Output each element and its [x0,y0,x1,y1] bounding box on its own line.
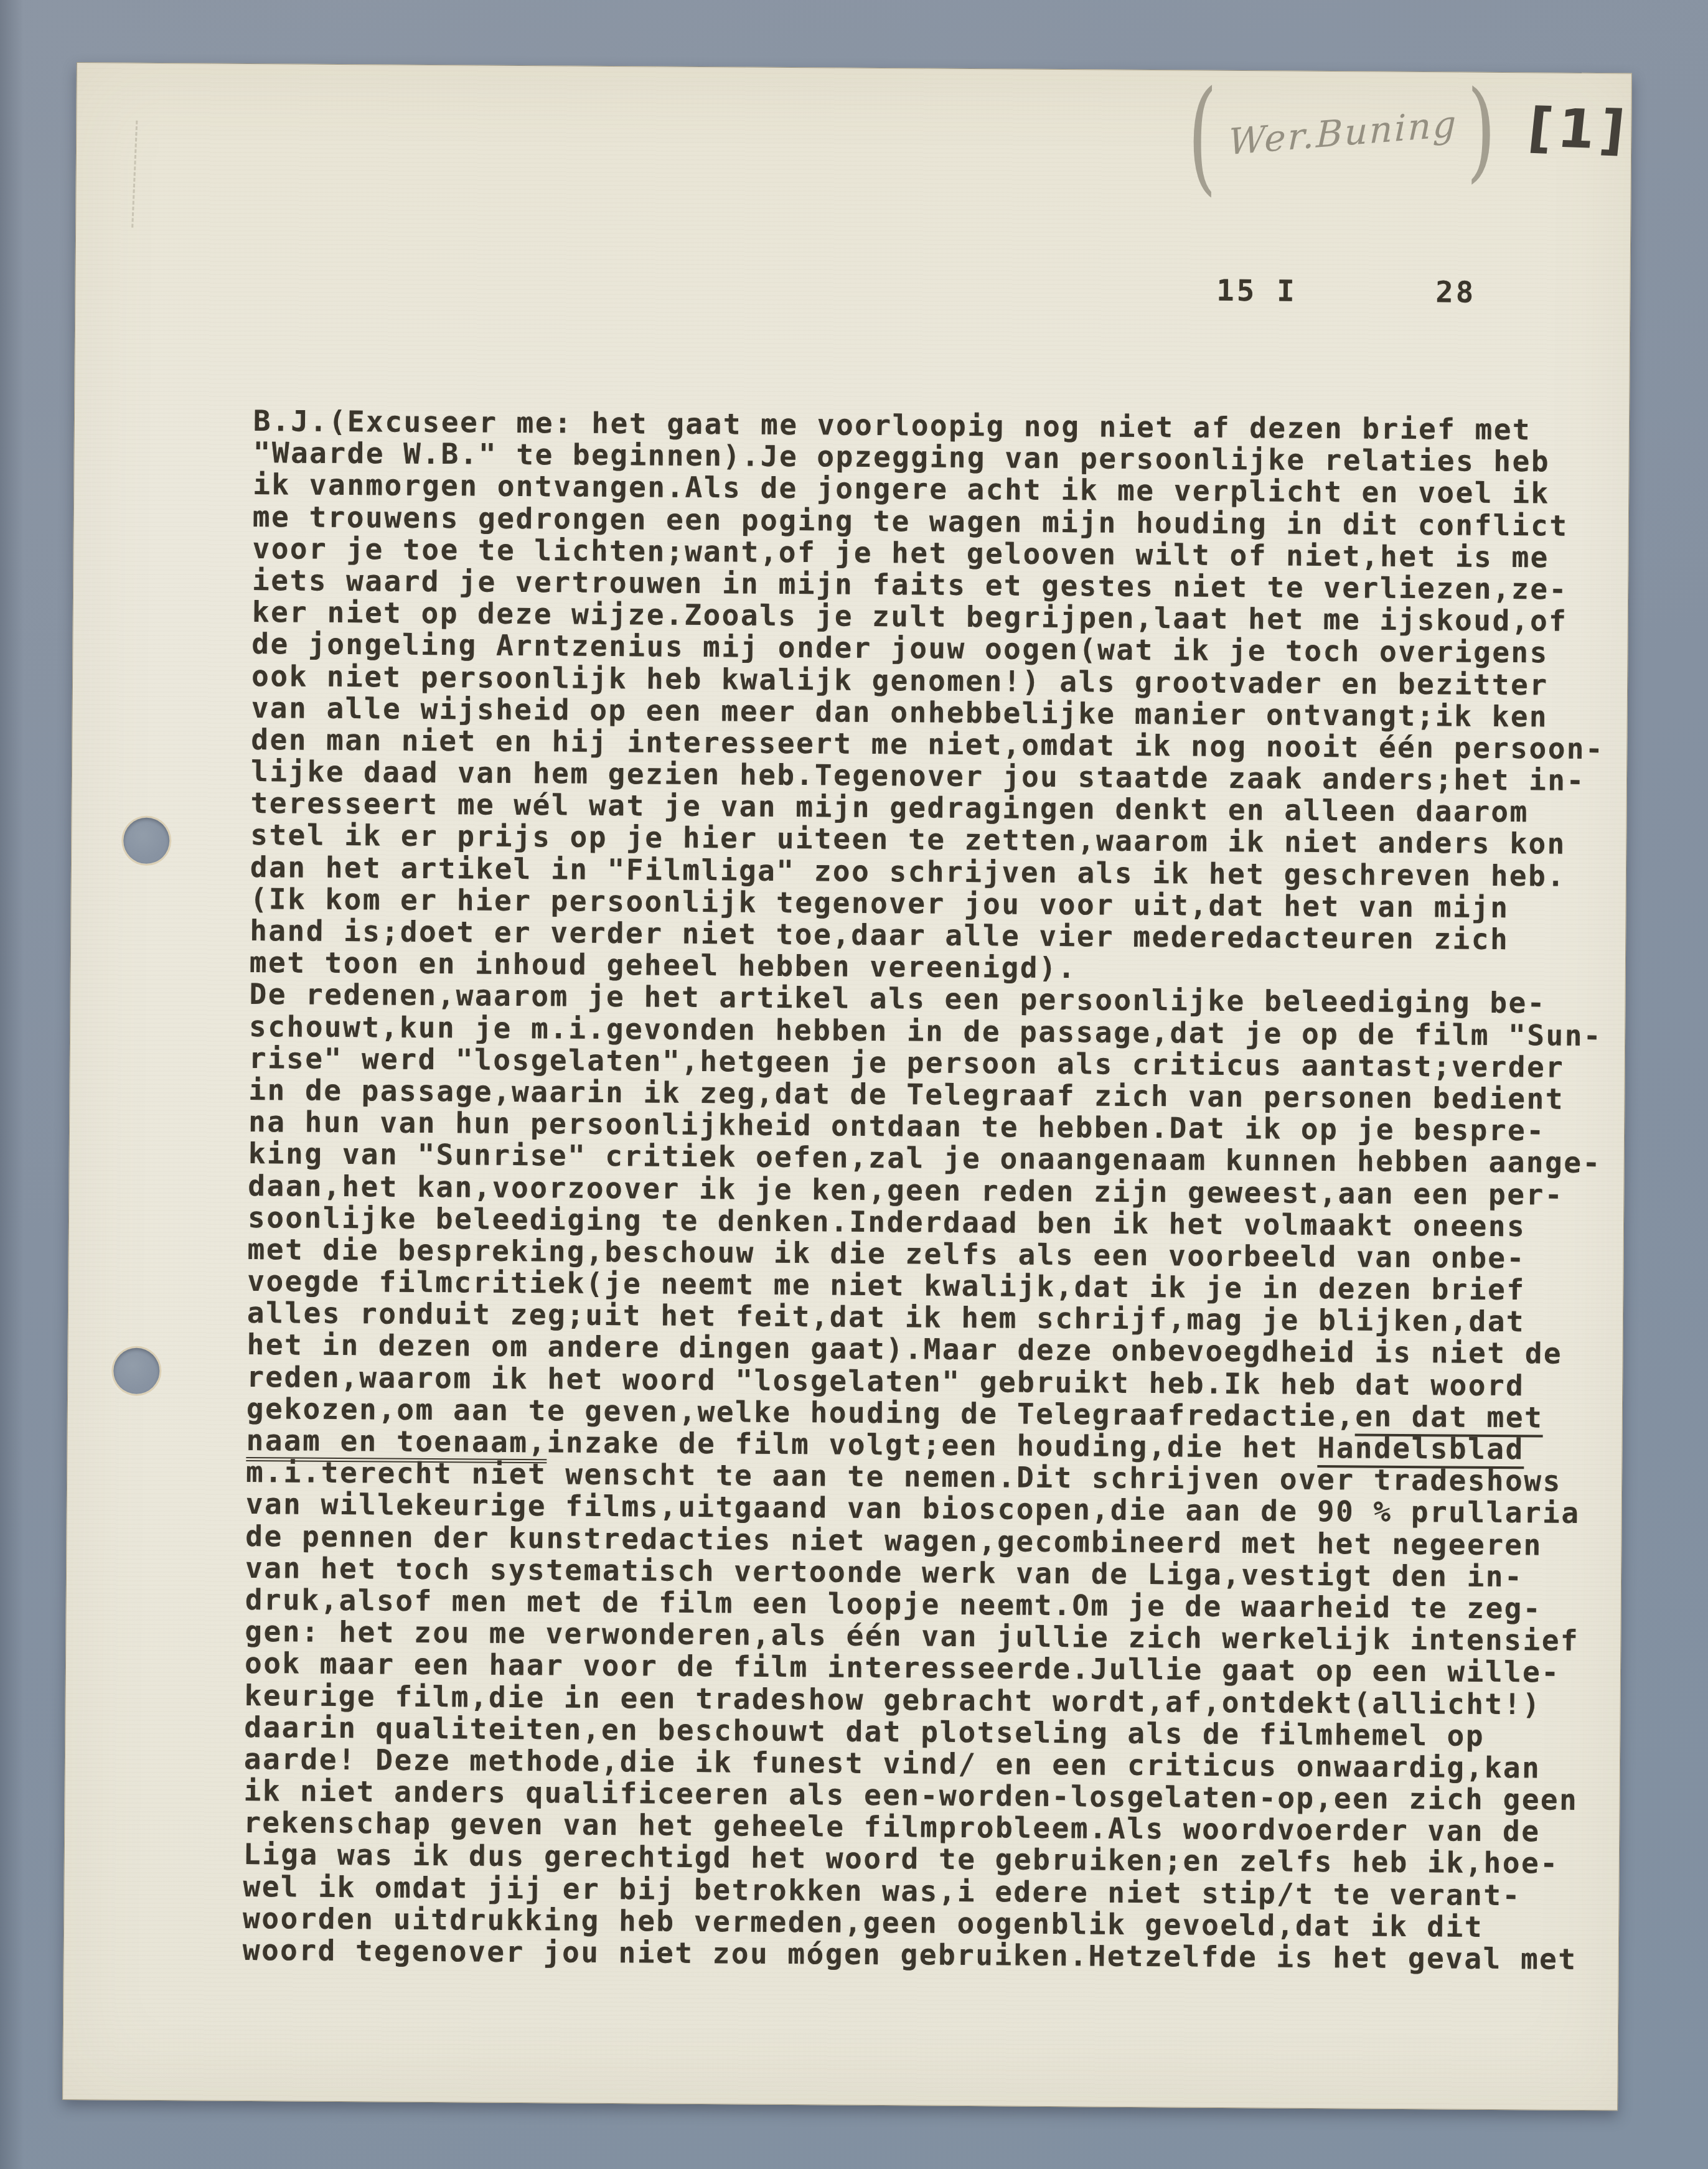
punch-hole-top [123,818,170,864]
staple-mark [131,121,138,228]
typed-body: B.J.(Excuseer me: het gaat me voorloopig… [243,405,1607,1975]
letter-date: 15 I [1216,275,1297,308]
punch-hole-bottom [113,1347,160,1394]
pencil-annotation: ( Wer.Buning ) [1188,75,1496,155]
pencil-annotation-name: Wer.Buning [1228,101,1458,164]
pencil-paren-open: ( [1188,75,1218,199]
typed-line: woord tegenover jou niet zou mógen gebru… [243,1934,1596,1975]
letter-page: ( Wer.Buning ) [1] 15 I 28 B.J.(Excuseer… [62,62,1632,2110]
scan-background: { "colors":{ "background":"#8691a1", "pa… [0,0,1708,2169]
pencil-paren-close: ) [1466,78,1496,186]
archive-number-annotation: [1] [1526,98,1633,161]
letter-year-page-number: 28 [1435,276,1476,309]
